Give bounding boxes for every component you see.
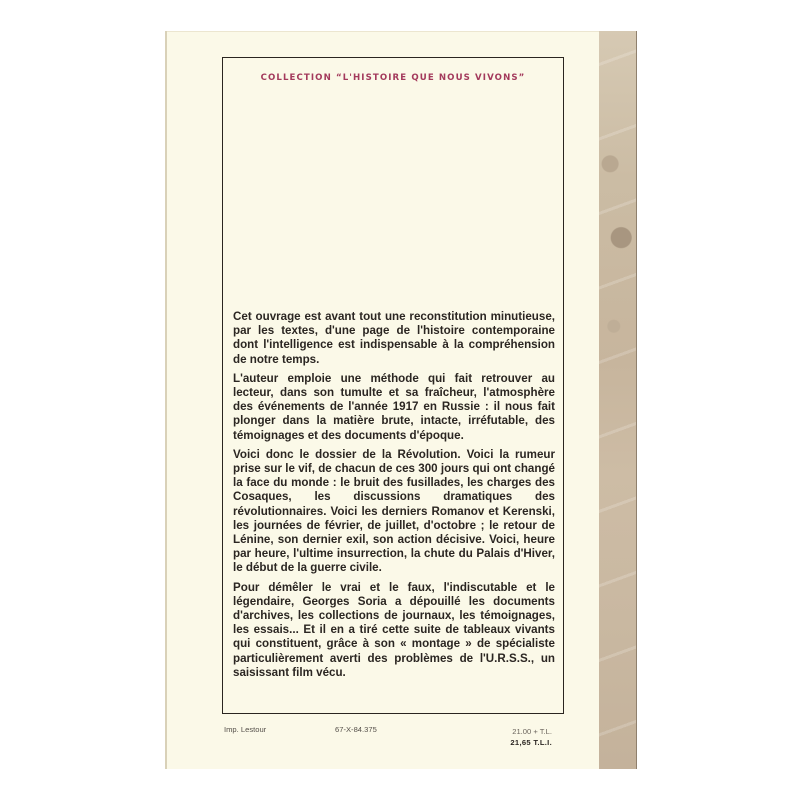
book-back-cover: COLLECTION “L'HISTOIRE QUE NOUS VIVONS” … [165, 31, 634, 769]
text-frame: COLLECTION “L'HISTOIRE QUE NOUS VIVONS” … [222, 57, 564, 714]
cover-photo-edge [599, 31, 637, 769]
reference-number: 67-X-84.375 [335, 725, 377, 734]
blurb: Cet ouvrage est avant tout une reconstit… [233, 310, 555, 685]
price-block: 21.00 + T.L. 21,65 T.L.I. [510, 727, 552, 747]
blurb-paragraph: Cet ouvrage est avant tout une reconstit… [233, 310, 555, 367]
collection-title: COLLECTION “L'HISTOIRE QUE NOUS VIVONS” [223, 73, 563, 83]
blurb-paragraph: Voici donc le dossier de la Révolution. … [233, 448, 555, 576]
printer-credit: Imp. Lestour [224, 725, 266, 734]
price-before-tax: 21.00 + T.L. [510, 727, 552, 736]
price-with-tax: 21,65 T.L.I. [510, 738, 552, 747]
blurb-paragraph: L'auteur emploie une méthode qui fait re… [233, 372, 555, 443]
blurb-paragraph: Pour démêler le vrai et le faux, l'indis… [233, 581, 555, 680]
